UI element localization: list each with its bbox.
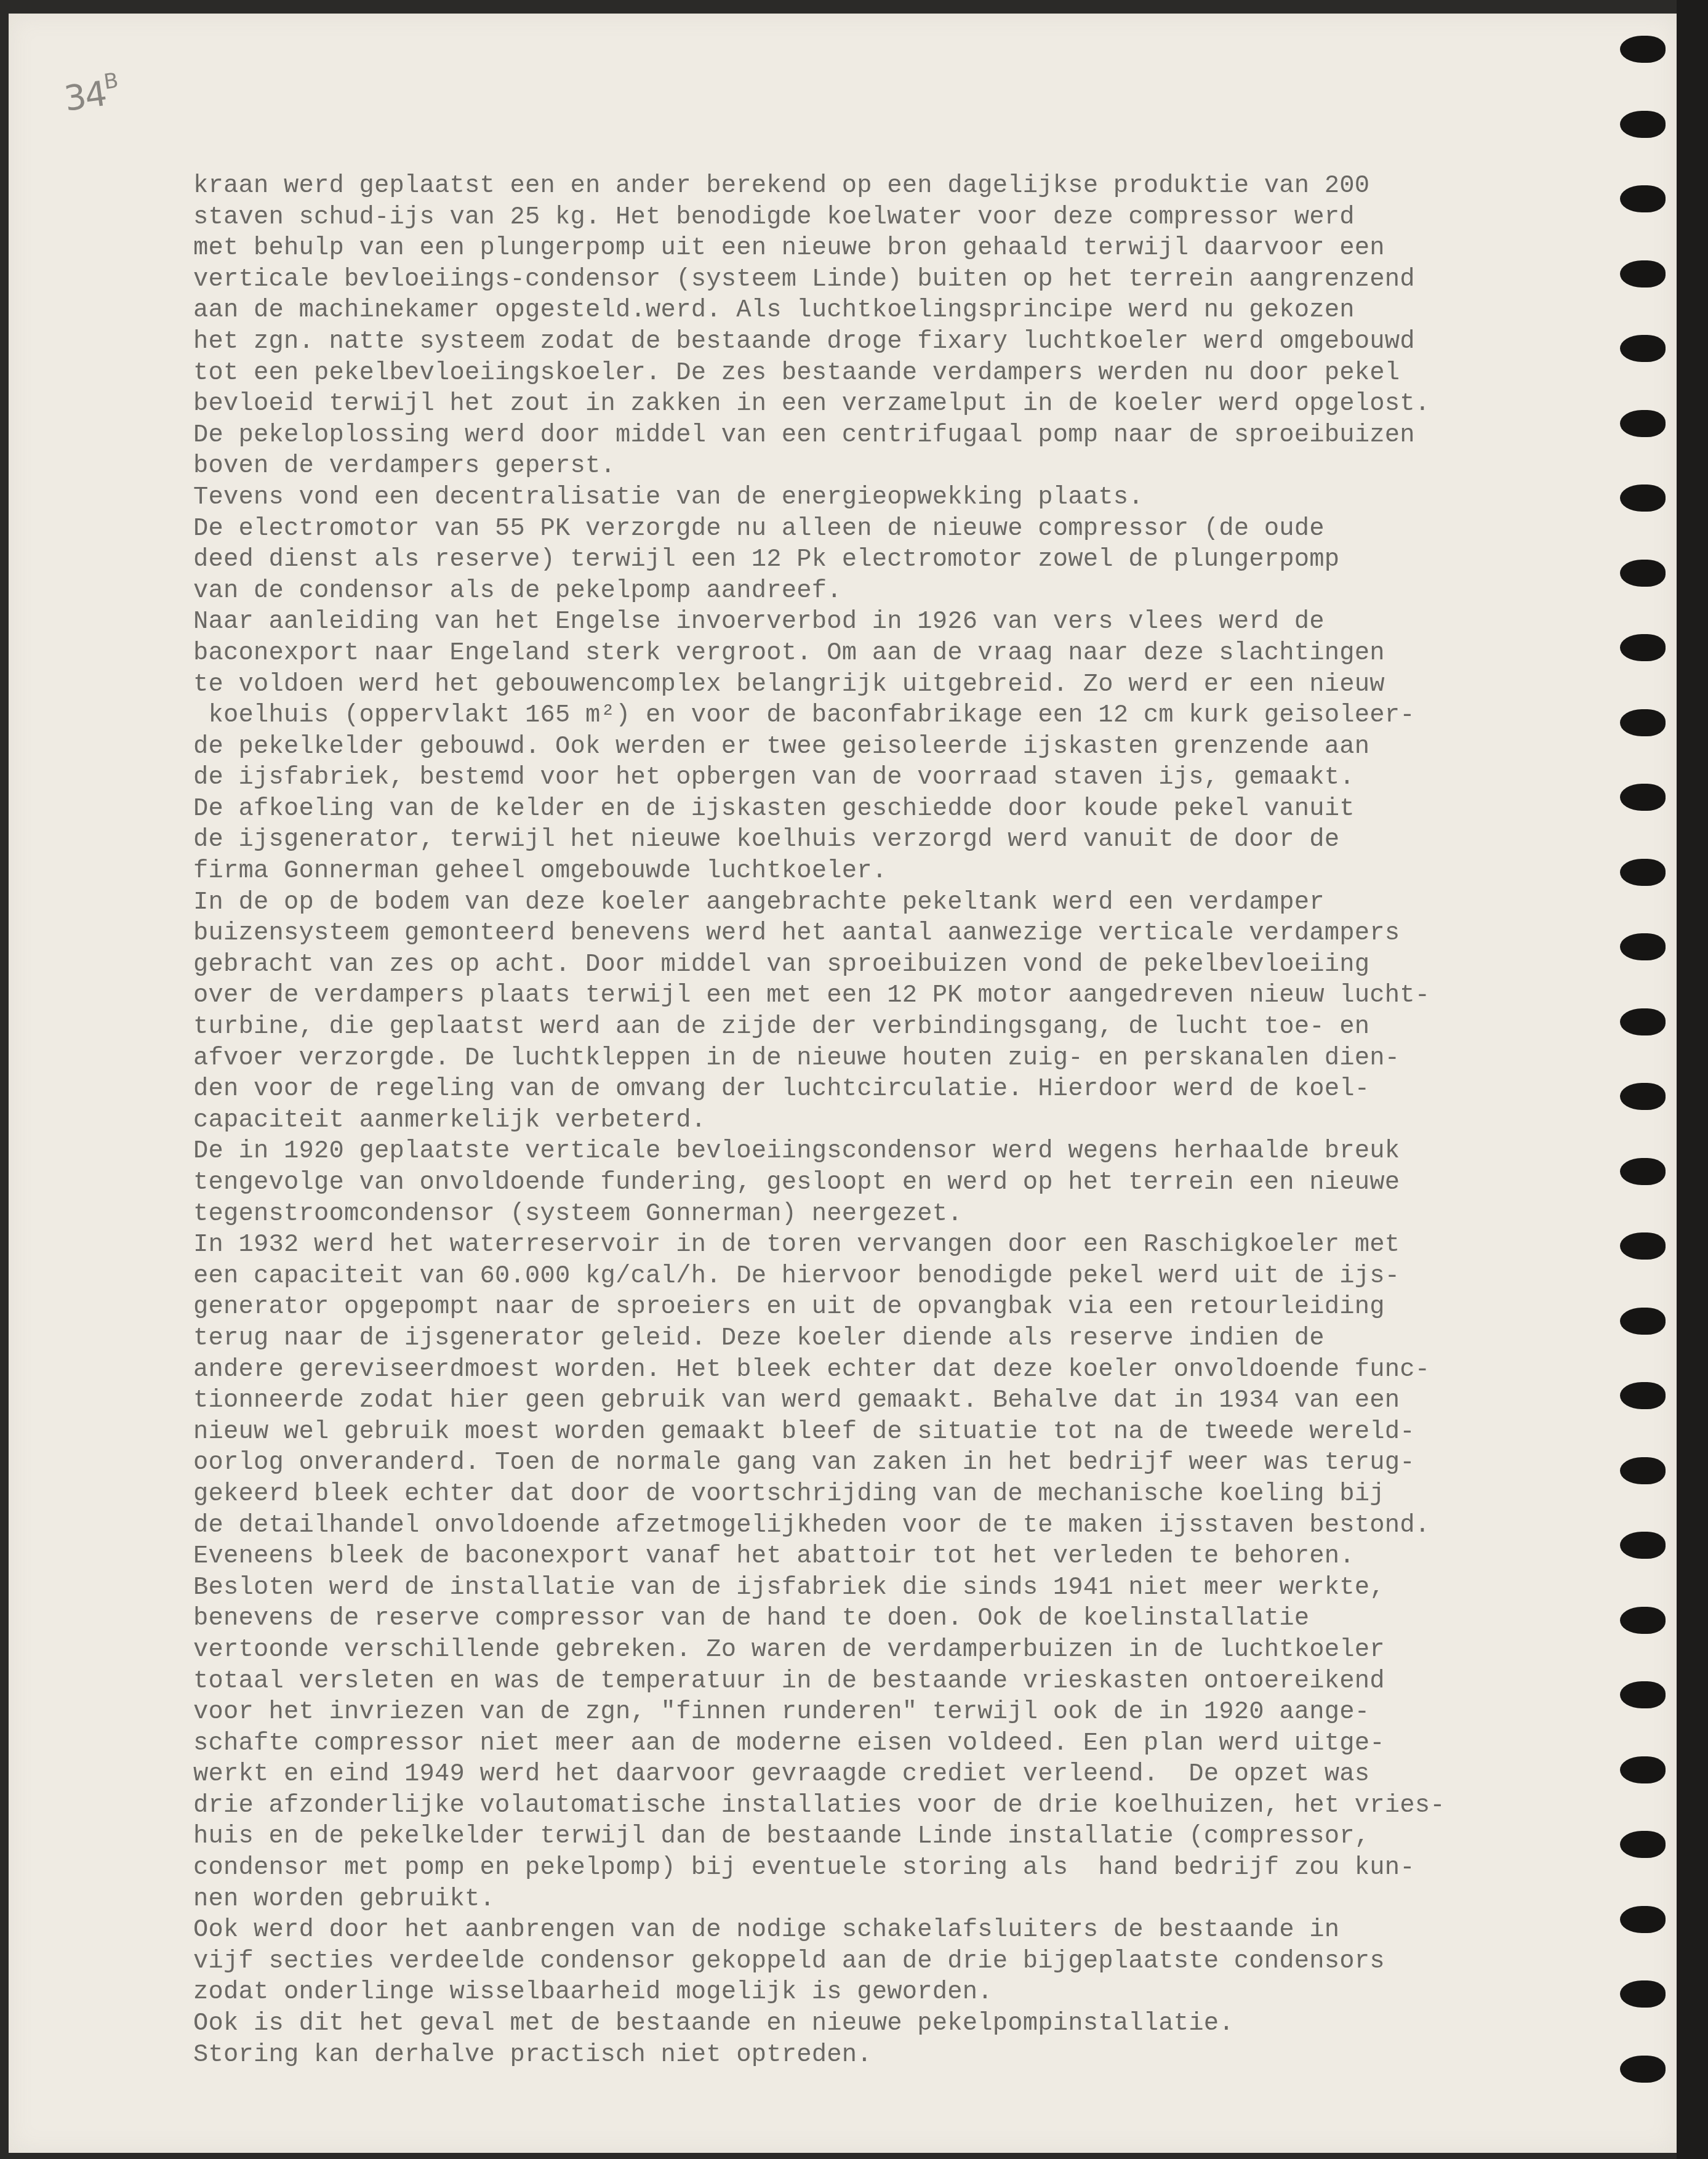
- text-line: werkt en eind 1949 werd het daarvoor gev…: [193, 1759, 1609, 1790]
- punch-hole: [1620, 1457, 1666, 1484]
- punch-hole: [1620, 1382, 1666, 1409]
- document-page: 34B kraan werd geplaatst een en ander be…: [9, 14, 1677, 2153]
- text-line: kraan werd geplaatst een en ander bereke…: [193, 171, 1609, 202]
- text-line: De electromotor van 55 PK verzorgde nu a…: [193, 513, 1609, 545]
- text-line: de ijsfabriek, bestemd voor het opbergen…: [193, 762, 1609, 794]
- punch-hole: [1620, 1906, 1666, 1933]
- text-line: een capaciteit van 60.000 kg/cal/h. De h…: [193, 1261, 1609, 1292]
- punch-hole: [1620, 1158, 1666, 1185]
- text-line: te voldoen werd het gebouwencomplex bela…: [193, 669, 1609, 701]
- text-line: Besloten werd de installatie van de ijsf…: [193, 1572, 1609, 1604]
- punch-hole: [1620, 709, 1666, 736]
- text-line: andere gereviseerdmoest worden. Het blee…: [193, 1354, 1609, 1386]
- text-line: De in 1920 geplaatste verticale bevloeii…: [193, 1136, 1609, 1167]
- text-line: drie afzonderlijke volautomatische insta…: [193, 1790, 1609, 1822]
- handwritten-page-number: 34B: [61, 68, 121, 119]
- text-line: de pekelkelder gebouwd. Ook werden er tw…: [193, 731, 1609, 763]
- text-line: vijf secties verdeelde condensor gekoppe…: [193, 1946, 1609, 1977]
- punch-hole: [1620, 634, 1666, 661]
- text-line: tot een pekelbevloeiingskoeler. De zes b…: [193, 358, 1609, 389]
- page-number-digits: 34: [62, 74, 108, 119]
- text-line: zodat onderlinge wisselbaarheid mogelijk…: [193, 1977, 1609, 2008]
- punch-hole: [1620, 484, 1666, 512]
- punch-hole: [1620, 1607, 1666, 1634]
- punch-hole: [1620, 111, 1666, 138]
- text-line: tengevolge van onvoldoende fundering, ge…: [193, 1167, 1609, 1199]
- punch-hole: [1620, 933, 1666, 960]
- punch-hole: [1620, 185, 1666, 212]
- punch-hole: [1620, 1083, 1666, 1110]
- punch-hole-strip: [1620, 0, 1669, 2159]
- text-line: De afkoeling van de kelder en de ijskast…: [193, 794, 1609, 825]
- text-line: firma Gonnerman geheel omgebouwde luchtk…: [193, 856, 1609, 887]
- punch-hole: [1620, 260, 1666, 287]
- text-line: deed dienst als reserve) terwijl een 12 …: [193, 544, 1609, 576]
- punch-hole: [1620, 859, 1666, 886]
- text-line: Storing kan derhalve practisch niet optr…: [193, 2040, 1609, 2071]
- text-line: capaciteit aanmerkelijk verbeterd.: [193, 1105, 1609, 1136]
- text-line: turbine, die geplaatst werd aan de zijde…: [193, 1011, 1609, 1043]
- text-line: generator opgepompt naar de sproeiers en…: [193, 1292, 1609, 1323]
- text-line: de detailhandel onvoldoende afzetmogelij…: [193, 1510, 1609, 1542]
- text-line: van de condensor als de pekelpomp aandre…: [193, 576, 1609, 607]
- text-line: Tevens vond een decentralisatie van de e…: [193, 482, 1609, 513]
- text-line: totaal versleten en was de temperatuur i…: [193, 1666, 1609, 1697]
- text-line: koelhuis (oppervlakt 165 m²) en voor de …: [193, 700, 1609, 731]
- text-line: oorlog onveranderd. Toen de normale gang…: [193, 1447, 1609, 1479]
- text-line: baconexport naar Engeland sterk vergroot…: [193, 638, 1609, 669]
- text-line: benevens de reserve compressor van de ha…: [193, 1603, 1609, 1634]
- text-line: afvoer verzorgde. De luchtkleppen in de …: [193, 1043, 1609, 1074]
- text-line: over de verdampers plaats terwijl een me…: [193, 980, 1609, 1011]
- text-line: met behulp van een plungerpomp uit een n…: [193, 233, 1609, 264]
- text-line: Ook is dit het geval met de bestaande en…: [193, 2008, 1609, 2040]
- text-line: vertoonde verschillende gebreken. Zo war…: [193, 1634, 1609, 1666]
- punch-hole: [1620, 784, 1666, 811]
- text-line: tegenstroomcondensor (systeem Gonnerman)…: [193, 1199, 1609, 1230]
- text-line: aan de machinekamer opgesteld.werd. Als …: [193, 295, 1609, 326]
- text-line: nen worden gebruikt.: [193, 1884, 1609, 1915]
- punch-hole: [1620, 36, 1666, 63]
- text-line: terug naar de ijsgenerator geleid. Deze …: [193, 1323, 1609, 1354]
- text-line: huis en de pekelkelder terwijl dan de be…: [193, 1821, 1609, 1852]
- punch-hole: [1620, 1008, 1666, 1035]
- text-line: de ijsgenerator, terwijl het nieuwe koel…: [193, 824, 1609, 856]
- text-line: nieuw wel gebruik moest worden gemaakt b…: [193, 1417, 1609, 1448]
- text-line: verticale bevloeiings-condensor (systeem…: [193, 264, 1609, 296]
- text-line: tionneerde zodat hier geen gebruik van w…: [193, 1385, 1609, 1417]
- text-line: staven schud-ijs van 25 kg. Het benodigd…: [193, 202, 1609, 233]
- text-line: Eveneens bleek de baconexport vanaf het …: [193, 1541, 1609, 1572]
- scan-border: [1677, 0, 1708, 2159]
- text-line: voor het invriezen van de zgn, "finnen r…: [193, 1697, 1609, 1728]
- text-line: Naar aanleiding van het Engelse invoerve…: [193, 606, 1609, 638]
- text-line: gekeerd bleek echter dat door de voortsc…: [193, 1479, 1609, 1510]
- punch-hole: [1620, 1532, 1666, 1559]
- typewritten-text-body: kraan werd geplaatst een en ander bereke…: [193, 171, 1609, 2070]
- punch-hole: [1620, 410, 1666, 437]
- punch-hole: [1620, 1232, 1666, 1260]
- text-line: gebracht van zes op acht. Door middel va…: [193, 949, 1609, 981]
- punch-hole: [1620, 1980, 1666, 2008]
- punch-hole: [1620, 335, 1666, 362]
- text-line: condensor met pomp en pekelpomp) bij eve…: [193, 1852, 1609, 1884]
- punch-hole: [1620, 1681, 1666, 1708]
- punch-hole: [1620, 1831, 1666, 1858]
- text-line: bevloeid terwijl het zout in zakken in e…: [193, 388, 1609, 420]
- punch-hole: [1620, 560, 1666, 587]
- text-line: In de op de bodem van deze koeler aangeb…: [193, 887, 1609, 919]
- punch-hole: [1620, 2056, 1666, 2083]
- text-line: boven de verdampers geperst.: [193, 451, 1609, 482]
- punch-hole: [1620, 1308, 1666, 1335]
- text-line: buizensysteem gemonteerd benevens werd h…: [193, 918, 1609, 949]
- text-line: Ook werd door het aanbrengen van de nodi…: [193, 1915, 1609, 1946]
- text-line: schafte compressor niet meer aan de mode…: [193, 1728, 1609, 1759]
- punch-hole: [1620, 1756, 1666, 1783]
- text-line: den voor de regeling van de omvang der l…: [193, 1074, 1609, 1105]
- page-number-suffix: B: [102, 68, 119, 95]
- text-line: In 1932 werd het waterreservoir in de to…: [193, 1229, 1609, 1261]
- text-line: De pekeloplossing werd door middel van e…: [193, 420, 1609, 451]
- text-line: het zgn. natte systeem zodat de bestaand…: [193, 326, 1609, 358]
